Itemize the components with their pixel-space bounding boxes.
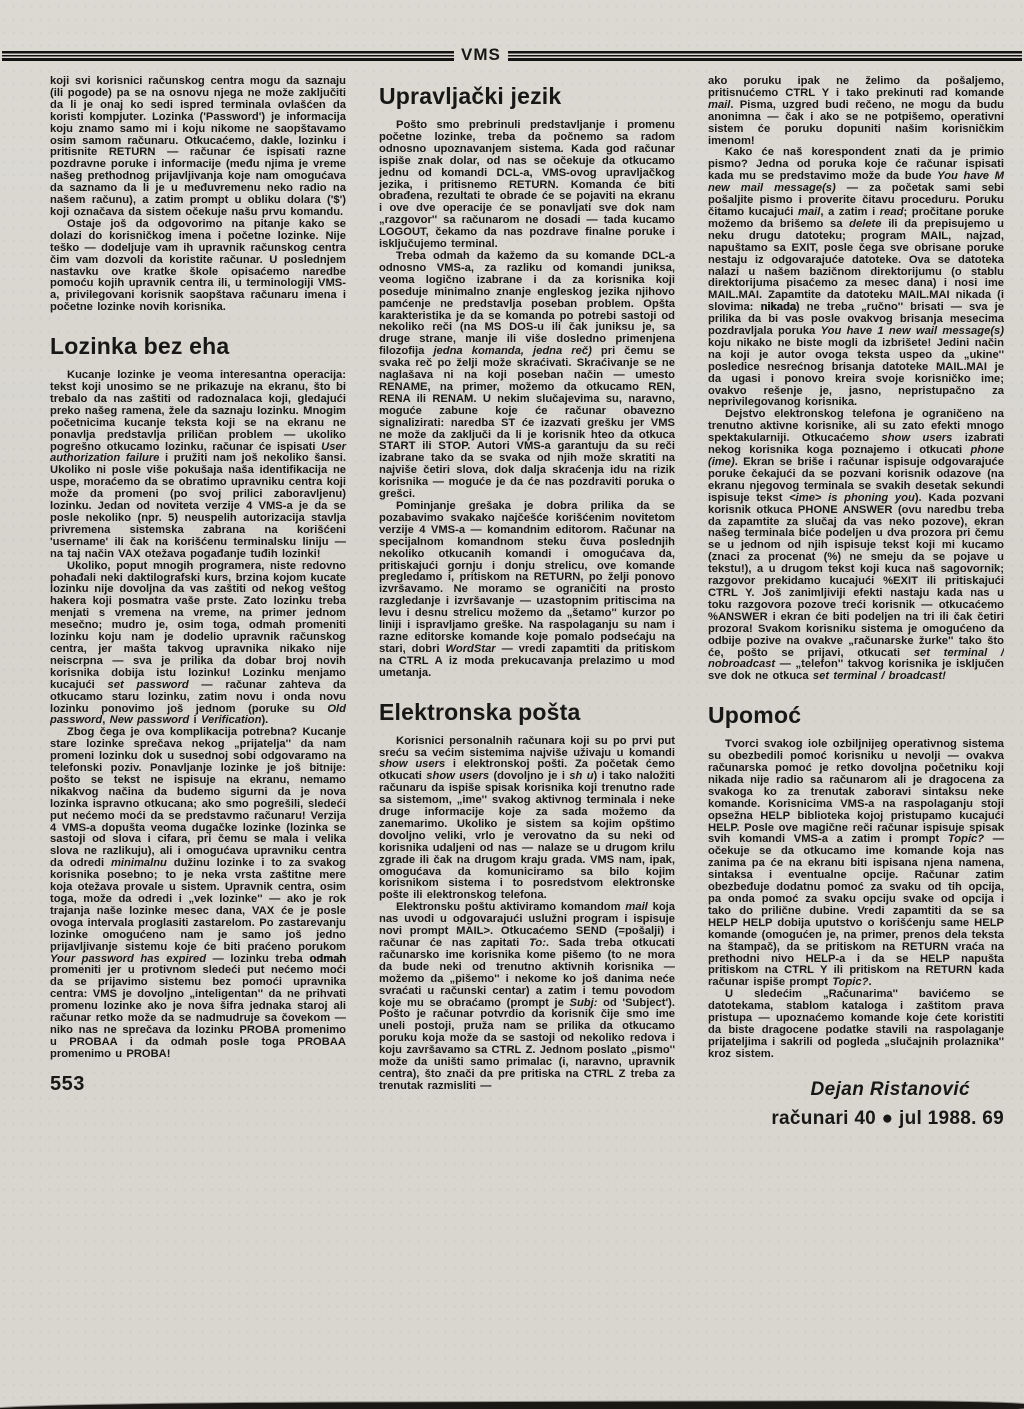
paragraph: Ukoliko, poput mnogih programera, niste … — [50, 561, 346, 728]
paragraph: Tvorci svakog iole ozbiljnijeg operativn… — [708, 739, 1004, 989]
column-left: koji svi korisnici računskog centra mogu… — [50, 62, 346, 1395]
page-number: 553 — [50, 1073, 346, 1096]
paragraph: Dejstvo elektronskog telefona je ogranič… — [708, 409, 1004, 683]
column-right-blocks: ako poruku ipak ne želimo da pošaljemo, … — [708, 76, 1004, 1061]
paragraph: Ostaje još da odgovorimo na pitanje kako… — [50, 219, 346, 314]
paragraph: Kucanje lozinke je veoma interesantna op… — [50, 370, 346, 561]
paragraph: Treba odmah da kažemo da su komande DCL-… — [379, 251, 675, 501]
column-right: ako poruku ipak ne želimo da pošaljemo, … — [708, 62, 1004, 1395]
section-heading: Elektronska pošta — [379, 700, 675, 725]
header-rule-left — [2, 51, 454, 61]
scan-bottom-edge — [0, 1401, 1024, 1409]
column-middle: Upravljački jezikPošto smo prebrinuli pr… — [379, 62, 675, 1395]
article-columns: koji svi korisnici računskog centra mogu… — [50, 62, 1004, 1395]
paragraph: Zbog čega je ova komplikacija potrebna? … — [50, 727, 346, 1060]
paragraph: Pošto smo prebrinuli predstavljanje i pr… — [379, 120, 675, 251]
section-heading: Upomoć — [708, 703, 1004, 728]
paragraph: Pominjanje grešaka je dobra prilika da s… — [379, 501, 675, 680]
section-heading: Lozinka bez eha — [50, 334, 346, 359]
paragraph: koji svi korisnici računskog centra mogu… — [50, 76, 346, 219]
footer-credit: računari 40 ● jul 1988. 69 — [708, 1108, 1004, 1130]
paragraph: Elektronsku poštu aktiviramo komandom ma… — [379, 902, 675, 1093]
paragraph: Kako će naš korespondent znati da je pri… — [708, 147, 1004, 409]
column-middle-blocks: Upravljački jezikPošto smo prebrinuli pr… — [379, 84, 675, 1093]
author-signature: Dejan Ristanović — [708, 1079, 1004, 1101]
section-heading: Upravljački jezik — [379, 84, 675, 109]
paragraph: Korisnici personalnih računara koji su p… — [379, 736, 675, 903]
magazine-page: VMS koji svi korisnici računskog centra … — [0, 0, 1024, 1409]
paragraph: U sledećim „Računarima'' bavićemo se dat… — [708, 989, 1004, 1060]
paragraph: ako poruku ipak ne želimo da pošaljemo, … — [708, 76, 1004, 147]
column-left-blocks: koji svi korisnici računskog centra mogu… — [50, 76, 346, 1061]
header-rule-right — [508, 51, 1022, 61]
